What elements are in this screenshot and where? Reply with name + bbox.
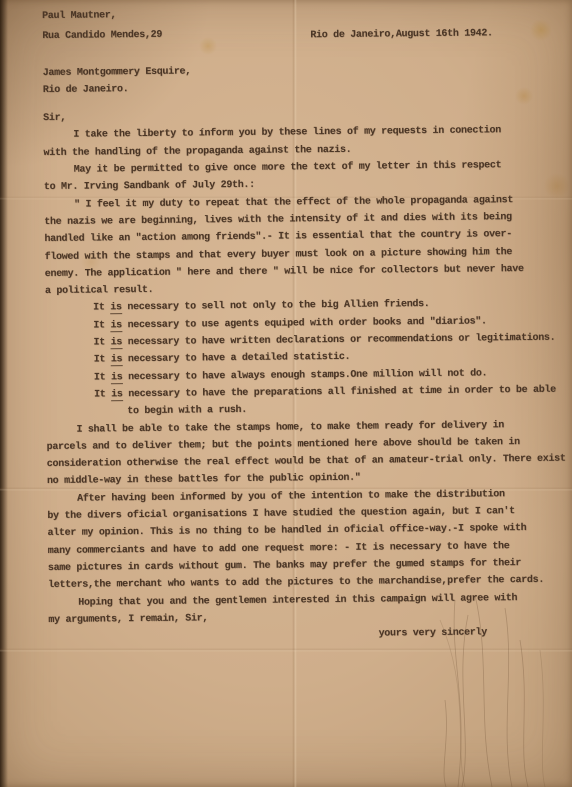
list-line-text: It [93, 337, 110, 348]
list-line-text: necessary to have the preparations all f… [123, 385, 556, 401]
list-line-text: It [94, 372, 111, 383]
underlined-word: is [110, 320, 122, 332]
list-line-text: It [94, 355, 111, 366]
underlined-word: is [110, 303, 122, 315]
dateline: Rio de Janeiro,August 16th 1942. [310, 25, 493, 44]
list-line-text: necessary to use agents equiped with ord… [122, 316, 487, 331]
underlined-word: is [111, 372, 123, 384]
underlined-word: is [111, 337, 123, 349]
letter-page: Paul Mautner, Rua Candido Mendes,29 Rio … [0, 0, 572, 787]
underlined-word: is [111, 389, 123, 401]
list-line-text: necessary to have a detailed statistic. [122, 352, 350, 365]
list-line-text: It [93, 303, 110, 314]
list-line-text: It [93, 320, 110, 331]
list-line-text: necessary to have written declarations o… [122, 333, 555, 349]
signature-closing: yours very sincerly [378, 624, 572, 643]
list-line-text: It [94, 389, 111, 400]
list-line-text: necessary to have always enough stamps.O… [122, 368, 487, 383]
list-line-text: necessary to sell not only to the big Al… [122, 299, 430, 313]
underlined-word: is [111, 355, 123, 367]
letter-content: Paul Mautner, Rua Candido Mendes,29 Rio … [42, 2, 572, 646]
